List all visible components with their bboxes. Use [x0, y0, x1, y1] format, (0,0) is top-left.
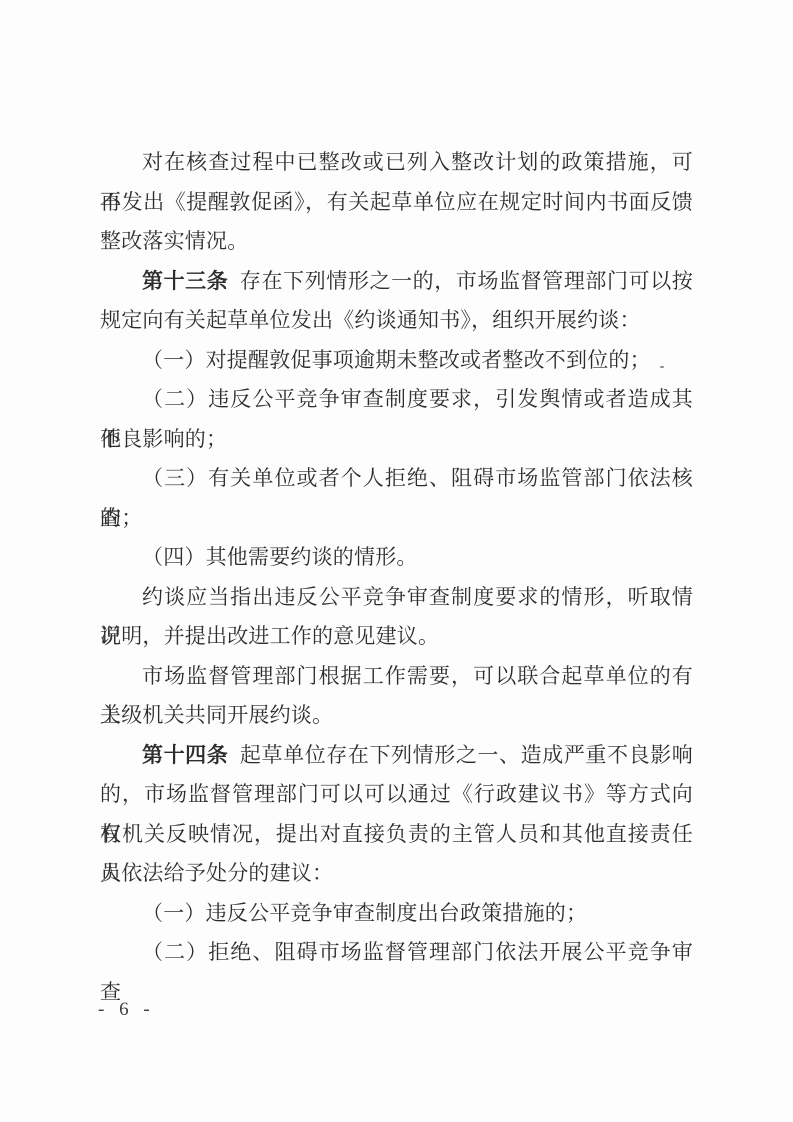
document-line: （二）拒绝、阻碍市场监督管理部门依法开展公平竞争审查 [100, 933, 693, 973]
document-line: 第十三条存在下列情形之一的，市场监督管理部门可以按 [100, 262, 693, 302]
article-number: 第十三条 [142, 269, 228, 293]
line-text: 整改落实情况。 [100, 229, 248, 253]
document-line: 第十四条起草单位存在下列情形之一、造成严重不良影响 [100, 736, 693, 776]
document-line: 员依法给予处分的建议： [100, 854, 693, 894]
line-text: 不良影响的； [100, 427, 227, 451]
document-line: 市场监督管理部门根据工作需要，可以联合起草单位的有关 [100, 657, 693, 697]
document-line: （三）有关单位或者个人拒绝、阻碍市场监管部门依法核查 [100, 459, 693, 499]
document-line: 整改落实情况。 [100, 222, 693, 262]
line-text: （一）对提醒敦促事项逾期未整改或者整改不到位的； [142, 348, 651, 372]
document-line: （二）违反公平竞争审查制度要求，引发舆情或者造成其他 [100, 380, 693, 420]
document-line: 再发出《提醒敦促函》，有关起草单位应在规定时间内书面反馈 [100, 183, 693, 223]
line-text: 存在下列情形之一的，市场监督管理部门可以按 [240, 269, 693, 293]
page-number: - 6 - [98, 997, 155, 1023]
line-text: 说明，并提出改进工作的意见建议。 [100, 624, 439, 648]
document-line: （一）违反公平竞争审查制度出台政策措施的； [100, 894, 693, 934]
line-text: （四）其他需要约谈的情形。 [142, 545, 418, 569]
document-line: 约谈应当指出违反公平竞争审查制度要求的情形，听取情况 [100, 578, 693, 618]
line-text: 员依法给予处分的建议： [100, 861, 333, 885]
document-line: 规定向有关起草单位发出《约谈通知书》，组织开展约谈： [100, 301, 693, 341]
document-line: （四）其他需要约谈的情形。 [100, 538, 693, 578]
document-line: 的，市场监督管理部门可以可以通过《行政建议书》等方式向有 [100, 775, 693, 815]
document-line: 不良影响的； [100, 420, 693, 460]
document-page: 对在核查过程中已整改或已列入整改计划的政策措施，可不再发出《提醒敦促函》，有关起… [0, 0, 793, 1122]
scan-artifact-dot [660, 366, 664, 368]
line-text: （一）违反公平竞争审查制度出台政策措施的； [142, 901, 587, 925]
document-line: 上级机关共同开展约谈。 [100, 696, 693, 736]
document-line: 的； [100, 499, 693, 539]
document-line: （一）对提醒敦促事项逾期未整改或者整改不到位的； [100, 341, 693, 381]
document-line: 说明，并提出改进工作的意见建议。 [100, 617, 693, 657]
document-body: 对在核查过程中已整改或已列入整改计划的政策措施，可不再发出《提醒敦促函》，有关起… [100, 143, 693, 973]
line-text: 的； [100, 506, 142, 530]
document-line: 对在核查过程中已整改或已列入整改计划的政策措施，可不 [100, 143, 693, 183]
line-text: （二）拒绝、阻碍市场监督管理部门依法开展公平竞争审查 [100, 940, 693, 1004]
line-text: 起草单位存在下列情形之一、造成严重不良影响 [240, 743, 693, 767]
line-text: 规定向有关起草单位发出《约谈通知书》，组织开展约谈： [100, 308, 641, 332]
line-text: 再发出《提醒敦促函》，有关起草单位应在规定时间内书面反馈 [100, 190, 693, 214]
article-number: 第十四条 [142, 743, 228, 767]
line-text: 上级机关共同开展约谈。 [100, 703, 333, 727]
document-line: 权机关反映情况，提出对直接负责的主管人员和其他直接责任人 [100, 815, 693, 855]
